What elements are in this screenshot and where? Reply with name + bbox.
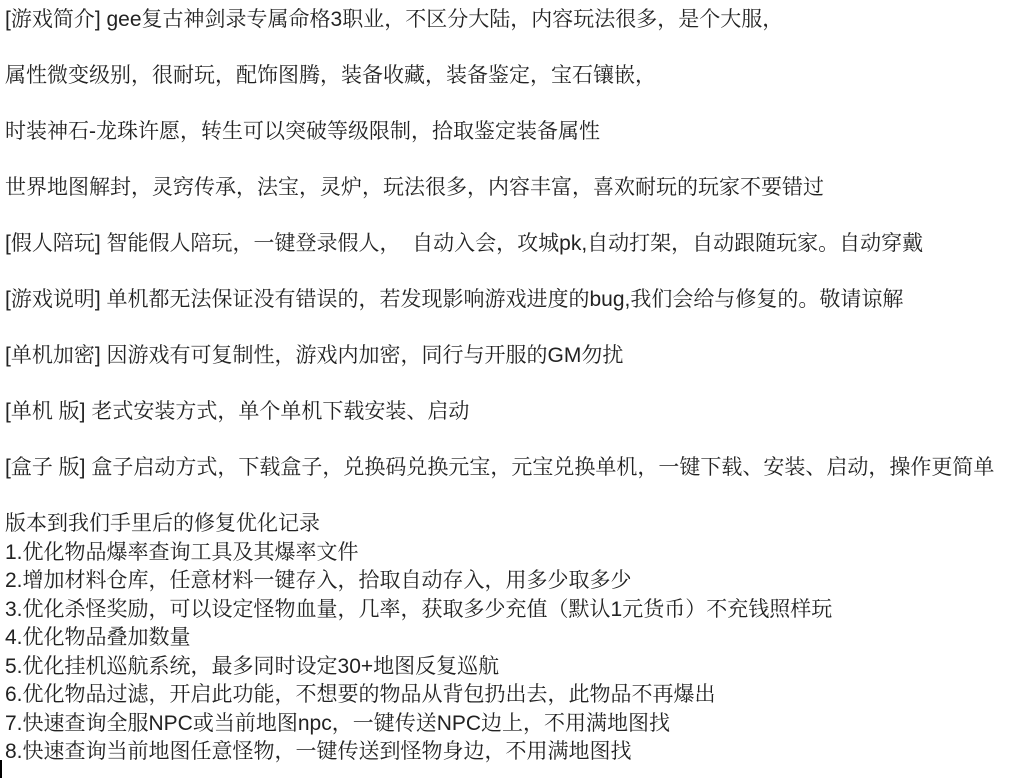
changelog-item-2: 2.增加材料仓库，任意材料一键存入，拾取自动存入，用多少取多少 bbox=[5, 567, 1026, 596]
intro-paragraph-encryption: [单机加密] 因游戏有可复制性，游戏内加密，同行与开服的GM勿扰 bbox=[5, 344, 1026, 368]
changelog-item-5: 5.优化挂机巡航系统，最多同时设定30+地图反复巡航 bbox=[5, 653, 1026, 682]
game-description-document: [游戏简介] gee复古神剑录专属命格3职业，不区分大陆，内容玩法很多，是个大服… bbox=[0, 0, 1026, 778]
changelog-item-4: 4.优化物品叠加数量 bbox=[5, 624, 1026, 653]
intro-paragraph-worldmap: 世界地图解封，灵窍传承，法宝，灵炉，玩法很多，内容丰富，喜欢耐玩的玩家不要错过 bbox=[5, 176, 1026, 200]
changelog-section: 版本到我们手里后的修复优化记录 1.优化物品爆率查询工具及其爆率文件 2.增加材… bbox=[5, 510, 1026, 767]
changelog-title: 版本到我们手里后的修复优化记录 bbox=[5, 510, 1026, 539]
changelog-item-6: 6.优化物品过滤，开启此功能，不想要的物品从背包扔出去，此物品不再爆出 bbox=[5, 681, 1026, 710]
changelog-item-3: 3.优化杀怪奖励，可以设定怪物血量，几率，获取多少充值（默认1元货币）不充钱照样… bbox=[5, 596, 1026, 625]
intro-paragraph-standalone-edition: [单机 版] 老式安装方式，单个单机下载安装、启动 bbox=[5, 400, 1026, 424]
intro-paragraph-notes: [游戏说明] 单机都无法保证没有错误的，若发现影响游戏进度的bug,我们会给与修… bbox=[5, 288, 1026, 312]
changelog-item-8: 8.快速查询当前地图任意怪物，一键传送到怪物身边，不用满地图找 bbox=[5, 738, 1026, 767]
intro-section: [游戏简介] gee复古神剑录专属命格3职业，不区分大陆，内容玩法很多，是个大服… bbox=[5, 8, 1026, 480]
intro-paragraph-game-summary: [游戏简介] gee复古神剑录专属命格3职业，不区分大陆，内容玩法很多，是个大服… bbox=[5, 8, 1026, 32]
changelog-item-1: 1.优化物品爆率查询工具及其爆率文件 bbox=[5, 539, 1026, 568]
intro-paragraph-attributes: 属性微变级别，很耐玩，配饰图腾，装备收藏，装备鉴定，宝石镶嵌， bbox=[5, 64, 1026, 88]
changelog-item-7: 7.快速查询全服NPC或当前地图npc，一键传送NPC边上，不用满地图找 bbox=[5, 710, 1026, 739]
text-caret[interactable] bbox=[0, 760, 2, 778]
intro-paragraph-box-edition: [盒子 版] 盒子启动方式，下载盒子，兑换码兑换元宝，元宝兑换单机，一键下载、安… bbox=[5, 456, 1026, 480]
intro-paragraph-fashion: 时装神石-龙珠许愿，转生可以突破等级限制，拾取鉴定装备属性 bbox=[5, 120, 1026, 144]
intro-paragraph-bots: [假人陪玩] 智能假人陪玩，一键登录假人， 自动入会，攻城pk,自动打架，自动跟… bbox=[5, 232, 1026, 256]
